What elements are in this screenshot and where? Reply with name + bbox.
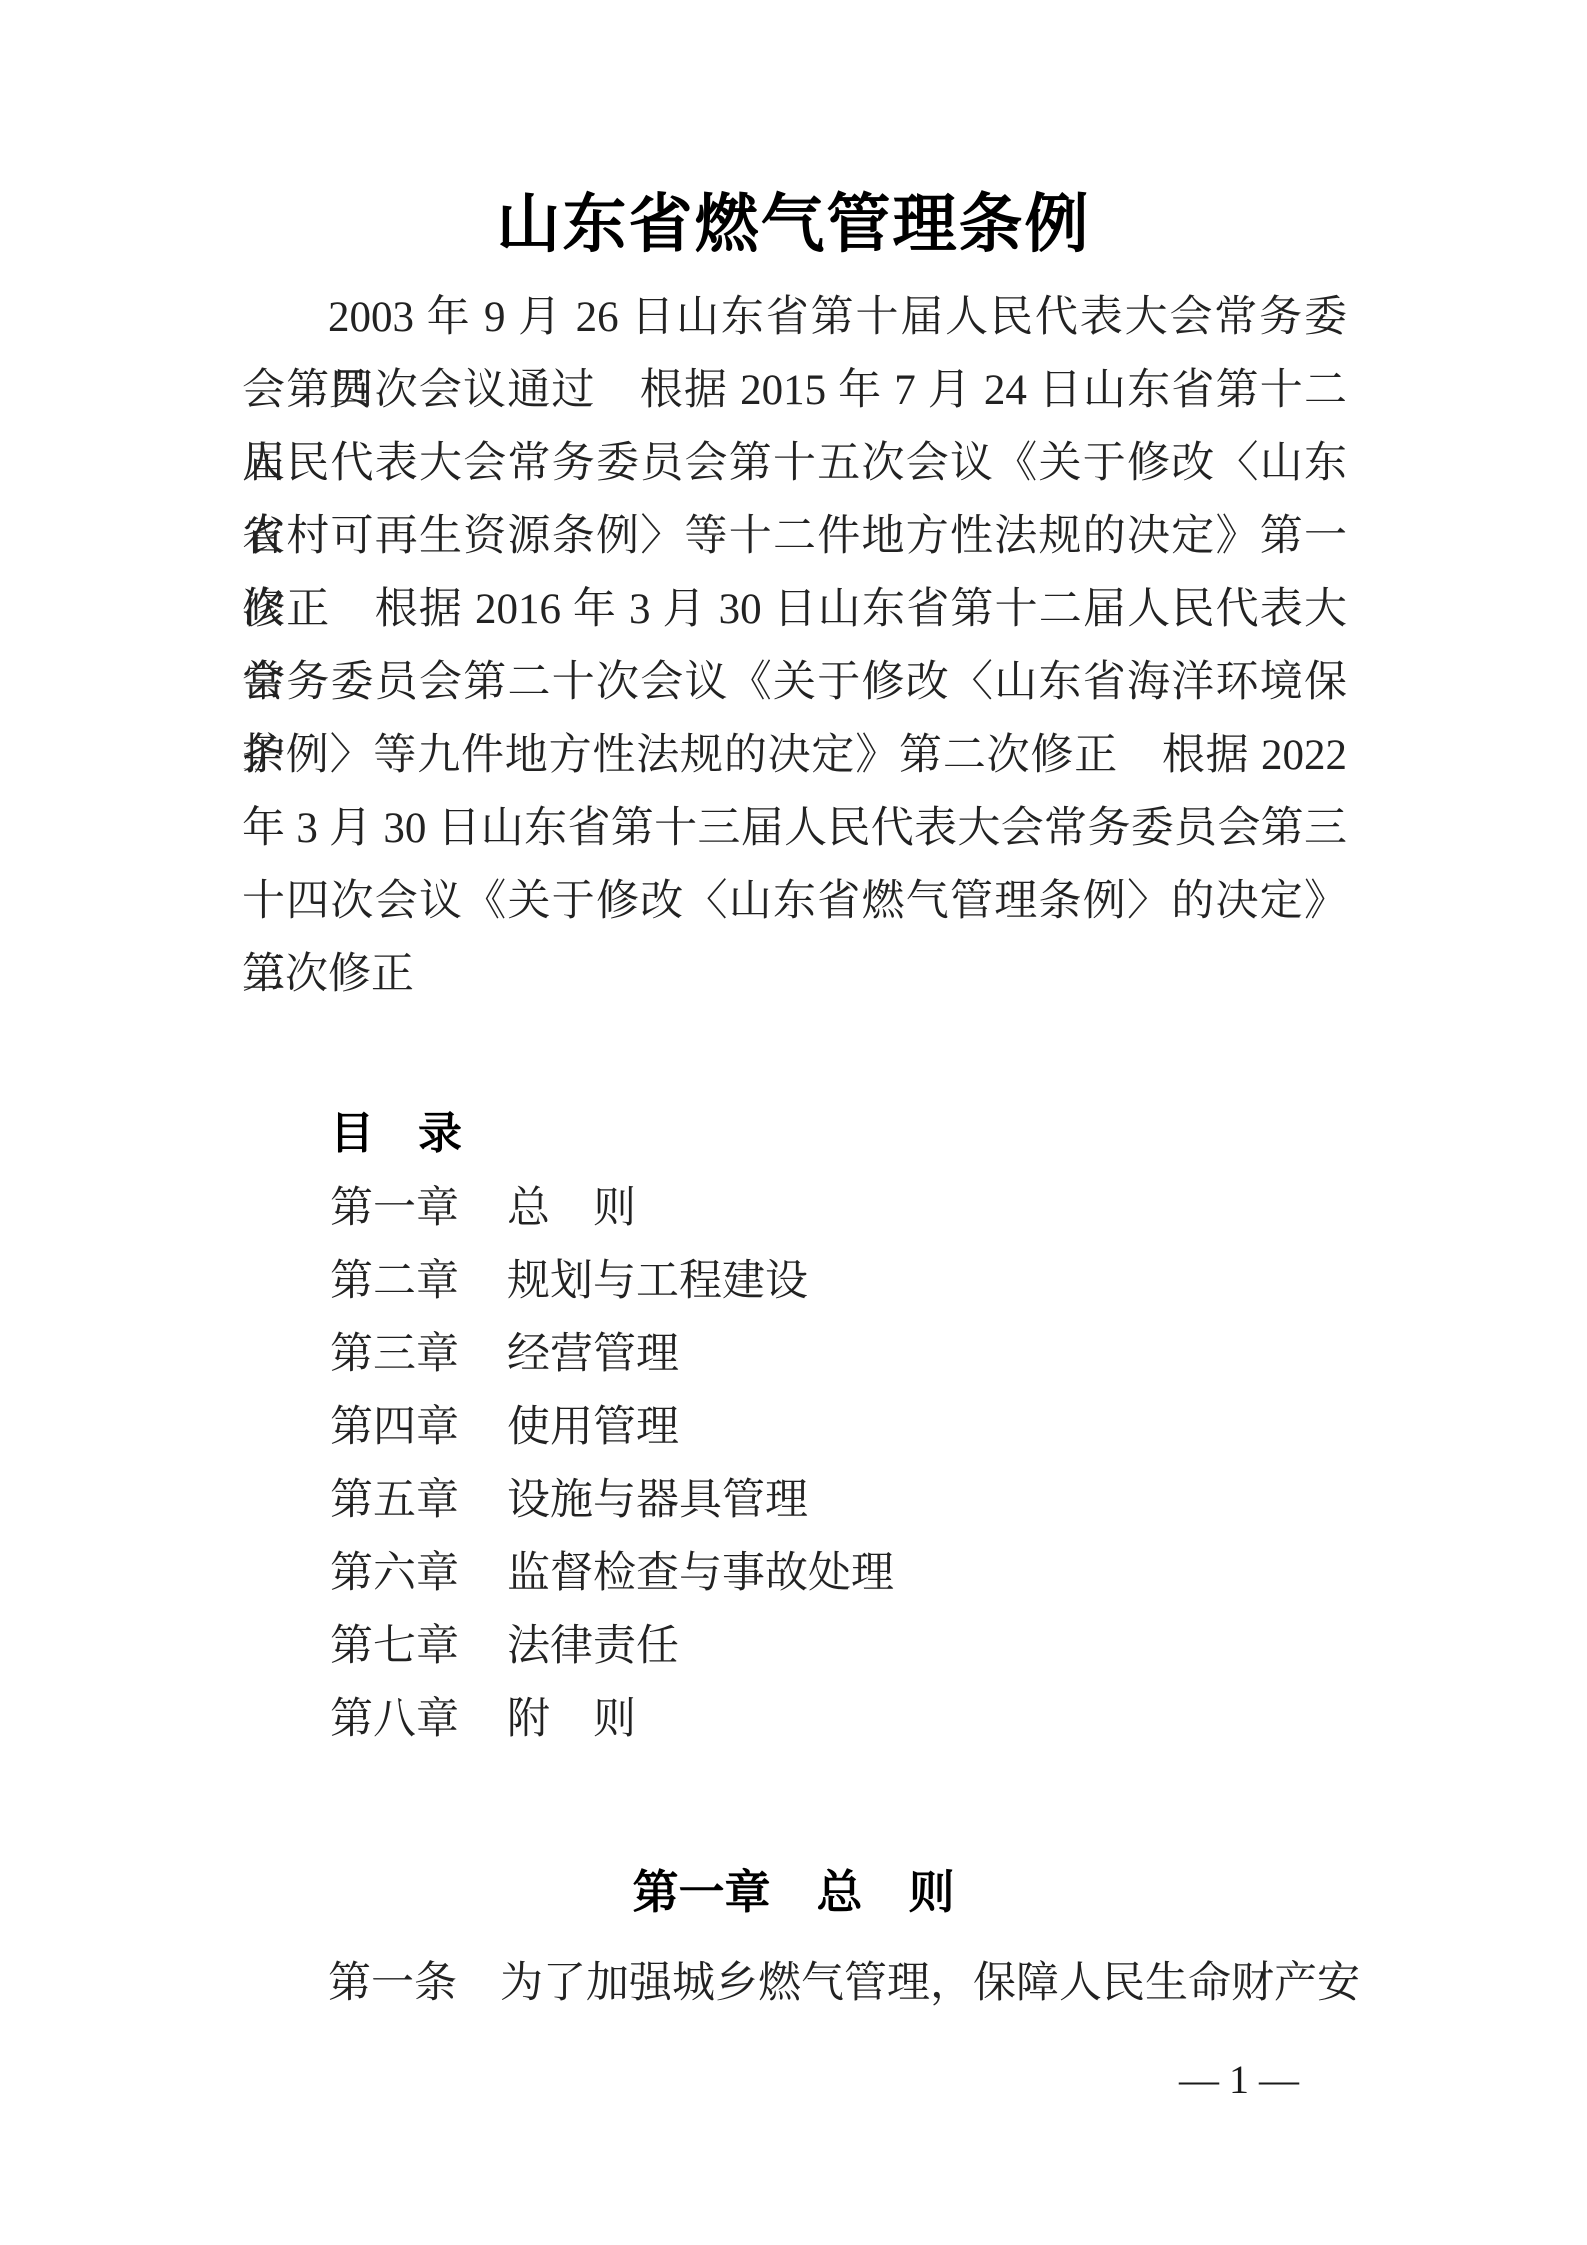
toc-item: 第五章 设施与器具管理 bbox=[330, 1464, 894, 1537]
toc-chapter-label: 第四章 bbox=[330, 1391, 459, 1464]
preamble: 2003 年 9 月 26 日山东省第十届人民代表大会常务委员 会第四次会议通过… bbox=[242, 281, 1347, 1011]
toc-list: 第一章 总 则 第二章 规划与工程建设 第三章 经营管理 第四章 使用管理 第五… bbox=[330, 1172, 894, 1756]
toc-chapter-label: 第八章 bbox=[330, 1683, 459, 1756]
toc-item: 第三章 经营管理 bbox=[330, 1318, 894, 1391]
preamble-line: 会第四次会议通过 根据 2015 年 7 月 24 日山东省第十二届 bbox=[242, 354, 1347, 427]
toc-chapter-title: 规划与工程建设 bbox=[507, 1245, 808, 1318]
toc-heading: 目 录 bbox=[330, 1097, 462, 1170]
toc-chapter-title: 法律责任 bbox=[507, 1610, 679, 1683]
toc-item: 第七章 法律责任 bbox=[330, 1610, 894, 1683]
preamble-line: 农村可再生资源条例〉等十二件地方性法规的决定》第一次 bbox=[242, 500, 1347, 573]
toc-chapter-label: 第二章 bbox=[330, 1245, 459, 1318]
toc-chapter-label: 第五章 bbox=[330, 1464, 459, 1537]
preamble-line: 年 3 月 30 日山东省第十三届人民代表大会常务委员会第三 bbox=[242, 792, 1347, 865]
toc-item: 第四章 使用管理 bbox=[330, 1391, 894, 1464]
toc-chapter-label: 第六章 bbox=[330, 1537, 459, 1610]
preamble-line: 三次修正 bbox=[242, 938, 1347, 1011]
preamble-line: 十四次会议《关于修改〈山东省燃气管理条例〉的决定》第 bbox=[242, 865, 1347, 938]
page-number: — 1 — bbox=[242, 2056, 1347, 2104]
article-one-first-line: 第一条 为了加强城乡燃气管理，保障人民生命财产安 bbox=[242, 1947, 1347, 2020]
preamble-line: 常务委员会第二十次会议《关于修改〈山东省海洋环境保护 bbox=[242, 646, 1347, 719]
toc-chapter-label: 第三章 bbox=[330, 1318, 459, 1391]
document-page: 山东省燃气管理条例 2003 年 9 月 26 日山东省第十届人民代表大会常务委… bbox=[0, 0, 1587, 2245]
preamble-line: 人民代表大会常务委员会第十五次会议《关于修改〈山东省 bbox=[242, 427, 1347, 500]
toc-chapter-label: 第一章 bbox=[330, 1172, 459, 1245]
toc-item: 第一章 总 则 bbox=[330, 1172, 894, 1245]
toc-chapter-title: 设施与器具管理 bbox=[507, 1464, 808, 1537]
document-title: 山东省燃气管理条例 bbox=[0, 188, 1587, 262]
toc-item: 第二章 规划与工程建设 bbox=[330, 1245, 894, 1318]
toc-chapter-title: 总 则 bbox=[507, 1172, 636, 1245]
toc-chapter-title: 监督检查与事故处理 bbox=[507, 1537, 894, 1610]
preamble-line: 条例〉等九件地方性法规的决定》第二次修正 根据 2022 bbox=[242, 719, 1347, 792]
chapter-one-heading: 第一章 总 则 bbox=[0, 1856, 1587, 1929]
toc-item: 第六章 监督检查与事故处理 bbox=[330, 1537, 894, 1610]
toc-chapter-label: 第七章 bbox=[330, 1610, 459, 1683]
toc-chapter-title: 使用管理 bbox=[507, 1391, 679, 1464]
preamble-line: 修正 根据 2016 年 3 月 30 日山东省第十二届人民代表大会 bbox=[242, 573, 1347, 646]
toc-item: 第八章 附 则 bbox=[330, 1683, 894, 1756]
toc-chapter-title: 附 则 bbox=[507, 1683, 636, 1756]
preamble-line: 2003 年 9 月 26 日山东省第十届人民代表大会常务委员 bbox=[242, 281, 1347, 354]
toc-chapter-title: 经营管理 bbox=[507, 1318, 679, 1391]
